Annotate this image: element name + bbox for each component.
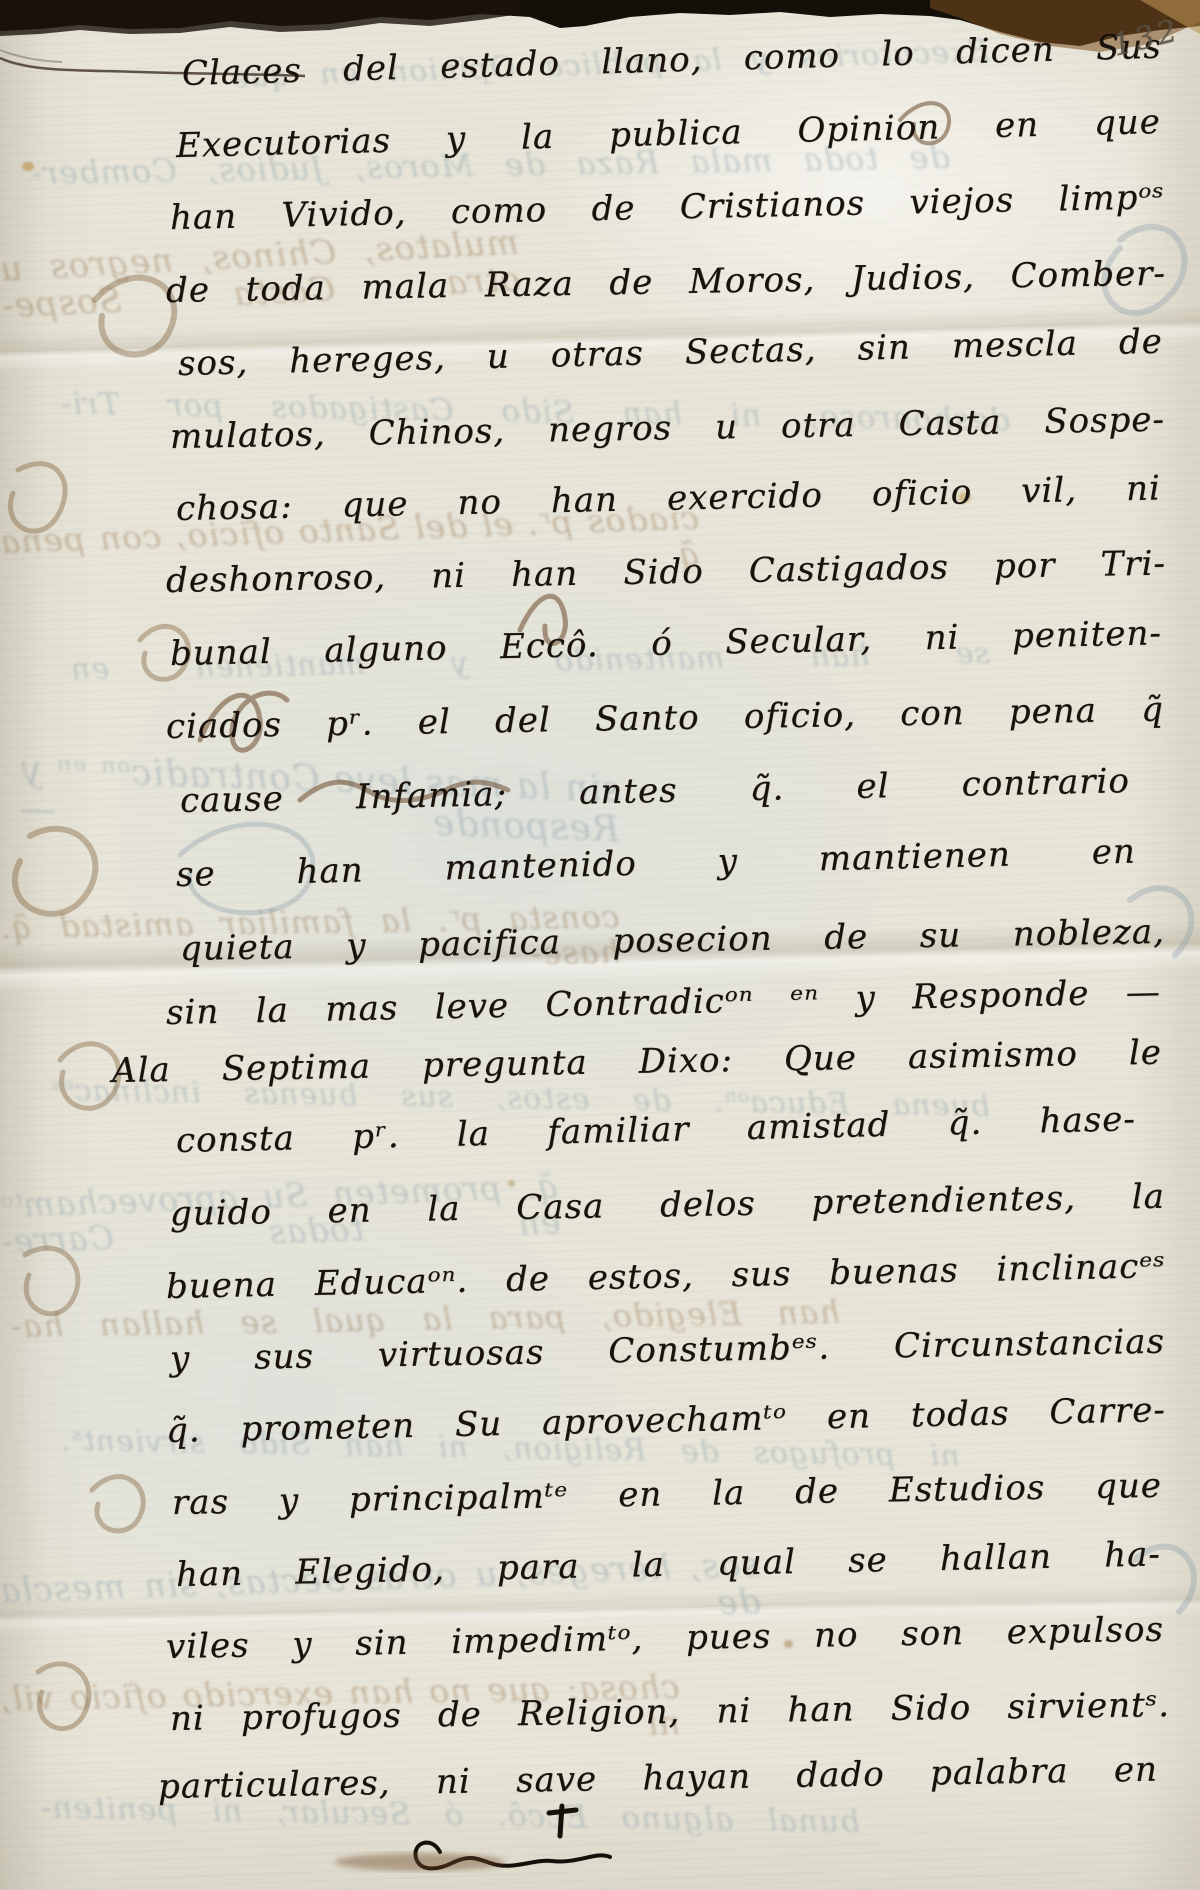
manuscript-line: Ala Septima pregunta Dixo: Que asimismo … — [112, 1034, 1163, 1091]
manuscript-line: cause Infamia; antes q̃. el contrario — [180, 762, 1131, 821]
manuscript-line: chosa: que no han exercido oficio vil, n… — [176, 469, 1162, 529]
manuscript-line: viles y sin impedimᵗᵒ, pues no son expul… — [166, 1611, 1165, 1668]
manuscript-line: particulares, ni save hayan dado palabra… — [158, 1751, 1159, 1808]
manuscript-line: ciados pʳ. el del Santo oficio, con pena… — [166, 691, 1165, 748]
manuscript-line: de toda mala Raza de Moros, Judios, Comb… — [166, 255, 1167, 312]
manuscript-line: quieta y pacifica posecion de su nobleza… — [180, 913, 1166, 969]
manuscript-line: bunal alguno Eccô. ó Secular, ni peniten… — [170, 614, 1163, 674]
manuscript-line: han Vivido, como de Cristianos viejos li… — [170, 178, 1166, 238]
manuscript-line: q̃. prometen Su aprovechamᵗᵒ en todas Ca… — [166, 1391, 1167, 1451]
manuscript-line: y sus virtuosas Constumbᵉˢ. Circunstanci… — [170, 1323, 1166, 1379]
manuscript-line: guido en la Casa delos pretendientes, la — [170, 1178, 1166, 1234]
manuscript-line: se han mantenido y mantienen en — [176, 833, 1137, 896]
manuscript-line: consta pʳ. la familiar amistad q̃. hase- — [176, 1100, 1137, 1161]
manuscript-text: Claces del estado llano, como lo dicen S… — [0, 0, 1200, 1890]
manuscript-page: Executorias y la publica Opinion en qued… — [0, 0, 1200, 1890]
manuscript-line: Claces del estado llano, como lo dicen S… — [181, 28, 1162, 94]
manuscript-line: ni profugos de Religion, ni han Sido sir… — [170, 1686, 1170, 1739]
manuscript-line: deshonroso, ni han Sido Castigados por T… — [166, 545, 1167, 602]
manuscript-line: buena Educaᵒⁿ. de estos, sus buenas incl… — [166, 1247, 1167, 1307]
manuscript-line: mulatos, Chinos, negros u otra Casta Sos… — [170, 401, 1166, 457]
manuscript-line: sos, hereges, u otras Sectas, sin mescla… — [178, 323, 1164, 384]
manuscript-line: ras y principalmᵗᵉ en la de Estudios que — [172, 1467, 1163, 1523]
manuscript-line: Executorias y la publica Opinion en que — [176, 103, 1162, 166]
manuscript-line: han Elegido, para la qual se hallan ha- — [176, 1535, 1162, 1595]
manuscript-line: sin la mas leve Contradicᵒⁿ ᵉⁿ y Respond… — [166, 973, 1162, 1033]
